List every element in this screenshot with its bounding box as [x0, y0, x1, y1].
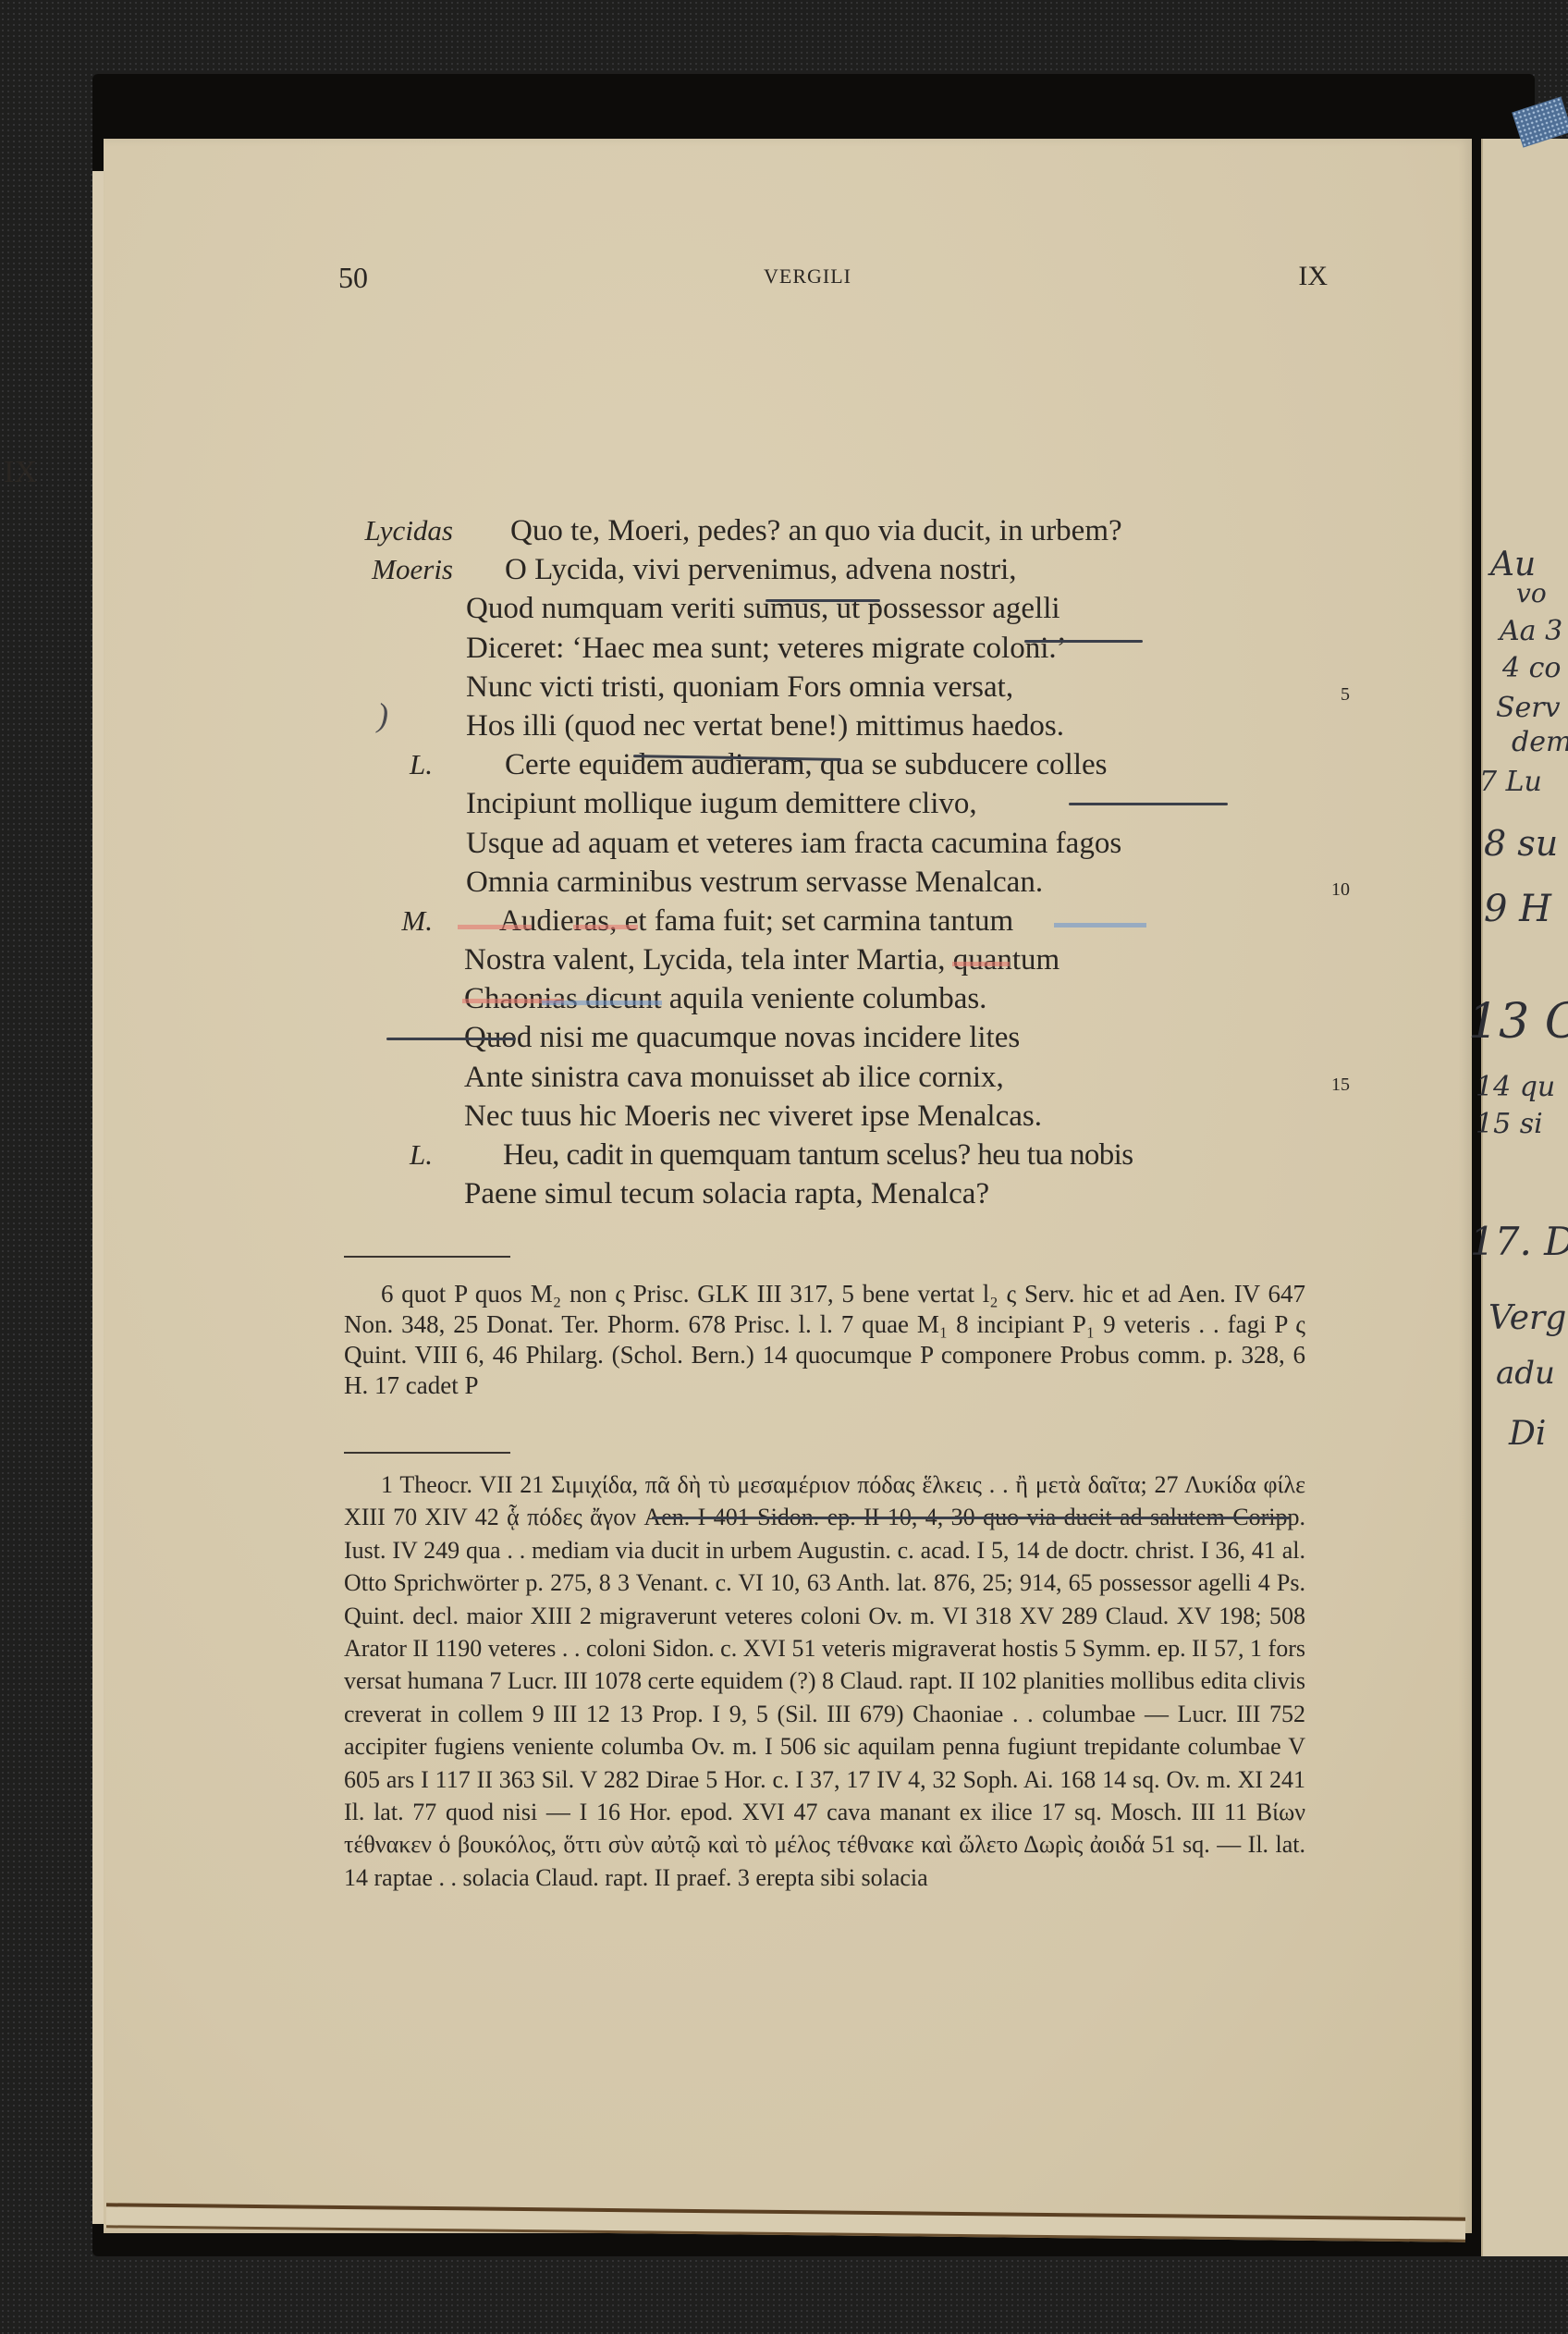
handwritten-note: Serv [1496, 692, 1561, 724]
verse-line: Paene simul tecum solacia rapta, Menalca… [344, 1174, 1361, 1213]
verse-text: O Lycida, vivi pervenimus, advena nostri… [505, 550, 1017, 589]
red-highlight [458, 925, 532, 929]
pencil-underline [1024, 640, 1143, 643]
handwritten-note: Di [1509, 1415, 1546, 1453]
verse-text: Quod nisi me quacumque novas incidere li… [464, 1018, 1020, 1057]
handwritten-note: dem [1512, 726, 1568, 758]
apparatus-text: 6 quot P quos M₂ non ς Prisc. GLK III 31… [344, 1279, 1305, 1401]
verse-text: Heu, cadit in quemquam tantum scelus? he… [503, 1136, 1133, 1174]
handwritten-note: 17. D [1470, 1219, 1568, 1264]
verse-block: Lycidas Quo te, Moeri, pedes? an quo via… [344, 511, 1361, 1213]
speaker-label: Moeris [344, 550, 453, 589]
page-number: 50 [338, 261, 368, 295]
blue-highlight [1054, 923, 1146, 927]
verse-text: Nunc victi tristi, quoniam Fors omnia ve… [466, 668, 1013, 706]
verse-line: Quod numquam veriti sumus, ut possessor … [344, 589, 1361, 628]
verse-line: Moeris O Lycida, vivi pervenimus, advena… [344, 550, 1361, 589]
handwritten-note: 4 co [1502, 652, 1562, 684]
apparatus-criticus: 6 quot P quos M₂ non ς Prisc. GLK III 31… [344, 1279, 1305, 1401]
speaker-label: M. [344, 902, 433, 940]
handwritten-note: 9 H [1484, 888, 1551, 930]
verse-text: Nec tuus hic Moeris nec viveret ipse Men… [464, 1097, 1042, 1136]
footnote-separator [344, 1256, 510, 1258]
verse-line: Hos illi (quod nec vertat bene!) mittimu… [344, 706, 1361, 745]
verse-line: M. Audieras, et fama fuit; set carmina t… [344, 902, 1361, 940]
pencil-underline [386, 1038, 516, 1040]
handwritten-note: vo [1516, 578, 1547, 608]
verse-text: Incipiunt mollique iugum demittere clivo… [466, 784, 977, 823]
handwritten-note: Vergi [1488, 1299, 1568, 1337]
verse-text: Paene simul tecum solacia rapta, Menalca… [464, 1174, 989, 1213]
speaker-label: L. [344, 1136, 433, 1174]
verse-line: Nunc victi tristi, quoniam Fors omnia ve… [344, 668, 1361, 706]
handwritten-note: 14 qu [1476, 1071, 1555, 1103]
running-head: 50 VERGILI IX [338, 261, 1328, 298]
handwritten-note: adu [1496, 1355, 1555, 1392]
footnote-separator [344, 1452, 510, 1454]
running-section: IX [1298, 261, 1328, 292]
verse-line: L. Heu, cadit in quemquam tantum scelus?… [344, 1136, 1361, 1174]
speaker-label: L. [344, 745, 433, 784]
speaker-label: Lycidas [344, 511, 453, 550]
verse-text: Nostra valent, Lycida, tela inter Martia… [464, 940, 1060, 979]
verse-line: Usque ad aquam et veteres iam fracta cac… [344, 824, 1361, 863]
verse-line: Ante sinistra cava monuisset ab ilice co… [344, 1058, 1361, 1097]
verse-text: Diceret: ‘Haec mea sunt; veteres migrate… [466, 629, 1067, 668]
verse-line: Lycidas Quo te, Moeri, pedes? an quo via… [344, 511, 1361, 550]
blue-highlight [542, 1001, 662, 1005]
verse-text: Hos illi (quod nec vertat bene!) mittimu… [466, 706, 1064, 745]
verse-text: Quo te, Moeri, pedes? an quo via ducit, … [510, 511, 1122, 550]
eclogue-heading: IX [0, 455, 1568, 490]
testimonia: 1 Theocr. VII 21 Σιμιχίδα, πᾶ δὴ τὺ μεσα… [344, 1468, 1305, 1894]
verse-text: Certe equidem audieram, qua se subducere… [505, 745, 1108, 784]
verse-line: Omnia carminibus vestrum servasse Menalc… [344, 863, 1361, 902]
verse-text: Omnia carminibus vestrum servasse Menalc… [466, 863, 1043, 902]
verse-text: Quod numquam veriti sumus, ut possessor … [466, 589, 1060, 628]
handwritten-note: 7 Lu [1479, 766, 1542, 798]
handwritten-note: Aa 3 [1500, 615, 1562, 647]
handwritten-note: 13 C [1468, 994, 1568, 1050]
handwritten-note: 8 su [1484, 823, 1558, 864]
verse-text: Usque ad aquam et veteres iam fracta cac… [466, 824, 1121, 863]
verse-line: Nostra valent, Lycida, tela inter Martia… [344, 940, 1361, 979]
verse-text: Ante sinistra cava monuisset ab ilice co… [464, 1058, 1004, 1097]
running-title: VERGILI [764, 264, 851, 289]
red-highlight [573, 925, 638, 929]
handwritten-note: 15 si [1476, 1108, 1543, 1140]
red-highlight [952, 962, 1010, 966]
pencil-underline [652, 1517, 1290, 1519]
pencil-underline [766, 599, 880, 602]
pencil-underline [1069, 803, 1228, 805]
verse-line: Nec tuus hic Moeris nec viveret ipse Men… [344, 1097, 1361, 1136]
verse-line: Diceret: ‘Haec mea sunt; veteres migrate… [344, 629, 1361, 668]
verse-line: L. Certe equidem audieram, qua se subduc… [344, 745, 1361, 784]
testimonia-text: 1 Theocr. VII 21 Σιμιχίδα, πᾶ δὴ τὺ μεσα… [344, 1468, 1305, 1894]
verse-text: Audieras, et fama fuit; set carmina tant… [499, 902, 1013, 940]
